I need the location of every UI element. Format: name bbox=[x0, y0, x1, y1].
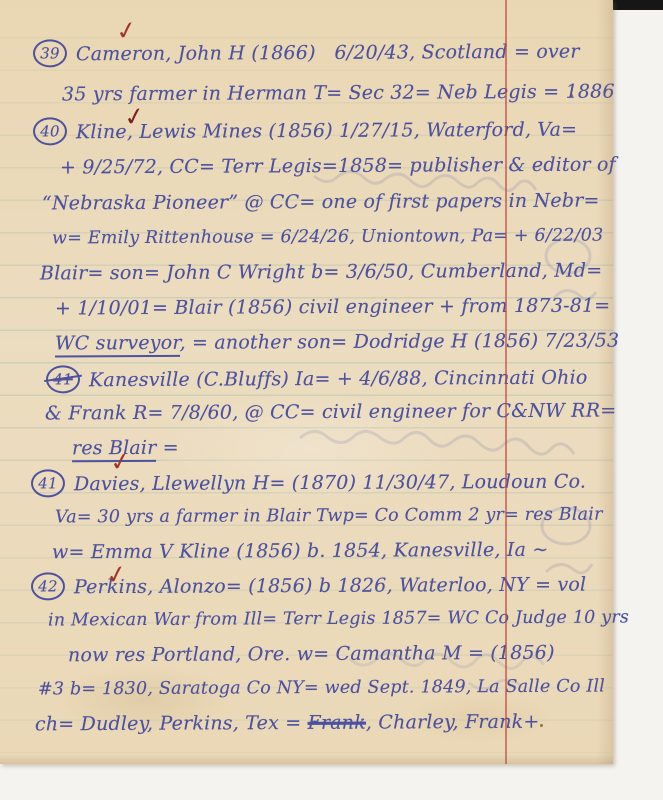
entry-number-badge-crossed-out: 41 bbox=[46, 365, 80, 393]
handwriting-line: #3 b= 1830, Saratoga Co NY= wed Sept. 18… bbox=[38, 677, 605, 700]
margin-rule-line bbox=[505, 0, 507, 764]
checkmark-icon: ✓ bbox=[104, 558, 130, 590]
handwriting-line: WC surveyor, = another son= Dodridge H (… bbox=[55, 330, 619, 355]
handwriting-line: w= Emma V Kline (1856) b. 1854, Kanesvil… bbox=[52, 539, 549, 564]
handwriting-line: 35 yrs farmer in Herman T= Sec 32= Neb L… bbox=[62, 81, 615, 106]
handwriting-line: 40Kline, Lewis Mines (1856) 1/27/15, Wat… bbox=[33, 117, 577, 148]
handwriting-line: & Frank R= 7/8/60, @ CC= civil engineer … bbox=[45, 400, 616, 425]
handwriting-line: Blair= son= John C Wright b= 3/6/50, Cum… bbox=[40, 260, 602, 285]
scanner-black-strip bbox=[606, 0, 663, 10]
handwriting-line: w= Emily Rittenhouse = 6/24/26, Uniontow… bbox=[52, 226, 603, 249]
notebook-page: 39Cameron, John H (1866) 6/20/43, Scotla… bbox=[0, 0, 613, 764]
ink-bleed-through bbox=[290, 424, 580, 474]
handwriting-text: , Charley, Frank+ bbox=[366, 711, 540, 734]
paper-edge-shadow bbox=[0, 754, 613, 764]
handwriting-text: Davies, Llewellyn H= (1870) 11/30/47, Lo… bbox=[74, 471, 586, 496]
handwriting-line: + 9/25/72, CC= Terr Legis=1858= publishe… bbox=[60, 154, 616, 179]
checkmark-icon: ✓ bbox=[114, 14, 140, 46]
handwriting-line: Va= 30 yrs a farmer in Blair Twp= Co Com… bbox=[55, 505, 603, 528]
handwriting-text: = bbox=[156, 437, 178, 459]
checkmark-icon: ✓ bbox=[122, 100, 148, 132]
handwriting-text: Perkins, Alonzo= (1856) b 1826, Waterloo… bbox=[74, 574, 586, 599]
entry-number-badge: 42 bbox=[31, 572, 65, 600]
paper-edge-shadow bbox=[597, 0, 613, 764]
paper-speck bbox=[540, 724, 543, 727]
entry-number-badge: 41 bbox=[31, 469, 65, 497]
handwriting-line: + 1/10/01= Blair (1856) civil engineer +… bbox=[55, 295, 611, 320]
crossed-out-text: Frank bbox=[308, 712, 366, 734]
handwriting-line: 39Cameron, John H (1866) 6/20/43, Scotla… bbox=[33, 39, 580, 70]
handwriting-text: Kanesville (C.Bluffs) Ia= + 4/6/88, Cinc… bbox=[89, 367, 588, 392]
entry-number-badge: 39 bbox=[33, 39, 67, 67]
handwriting-line: “Nebraska Pioneer” @ CC= one of first pa… bbox=[42, 190, 600, 215]
handwriting-line: ch= Dudley, Perkins, Tex = Frank, Charle… bbox=[35, 711, 540, 736]
handwriting-text: ch= Dudley, Perkins, Tex = bbox=[35, 712, 308, 735]
underlined-text: WC surveyor bbox=[55, 332, 180, 358]
entry-number-badge: 40 bbox=[33, 117, 67, 145]
handwriting-text: Kline, Lewis Mines (1856) 1/27/15, Water… bbox=[76, 119, 577, 144]
handwriting-line: now res Portland, Ore. w= Camantha M = (… bbox=[68, 642, 555, 667]
handwriting-line: in Mexican War from Ill= Terr Legis 1857… bbox=[48, 607, 629, 630]
handwriting-text: , = another son= Dodridge H (1856) 7/23/… bbox=[179, 330, 619, 354]
